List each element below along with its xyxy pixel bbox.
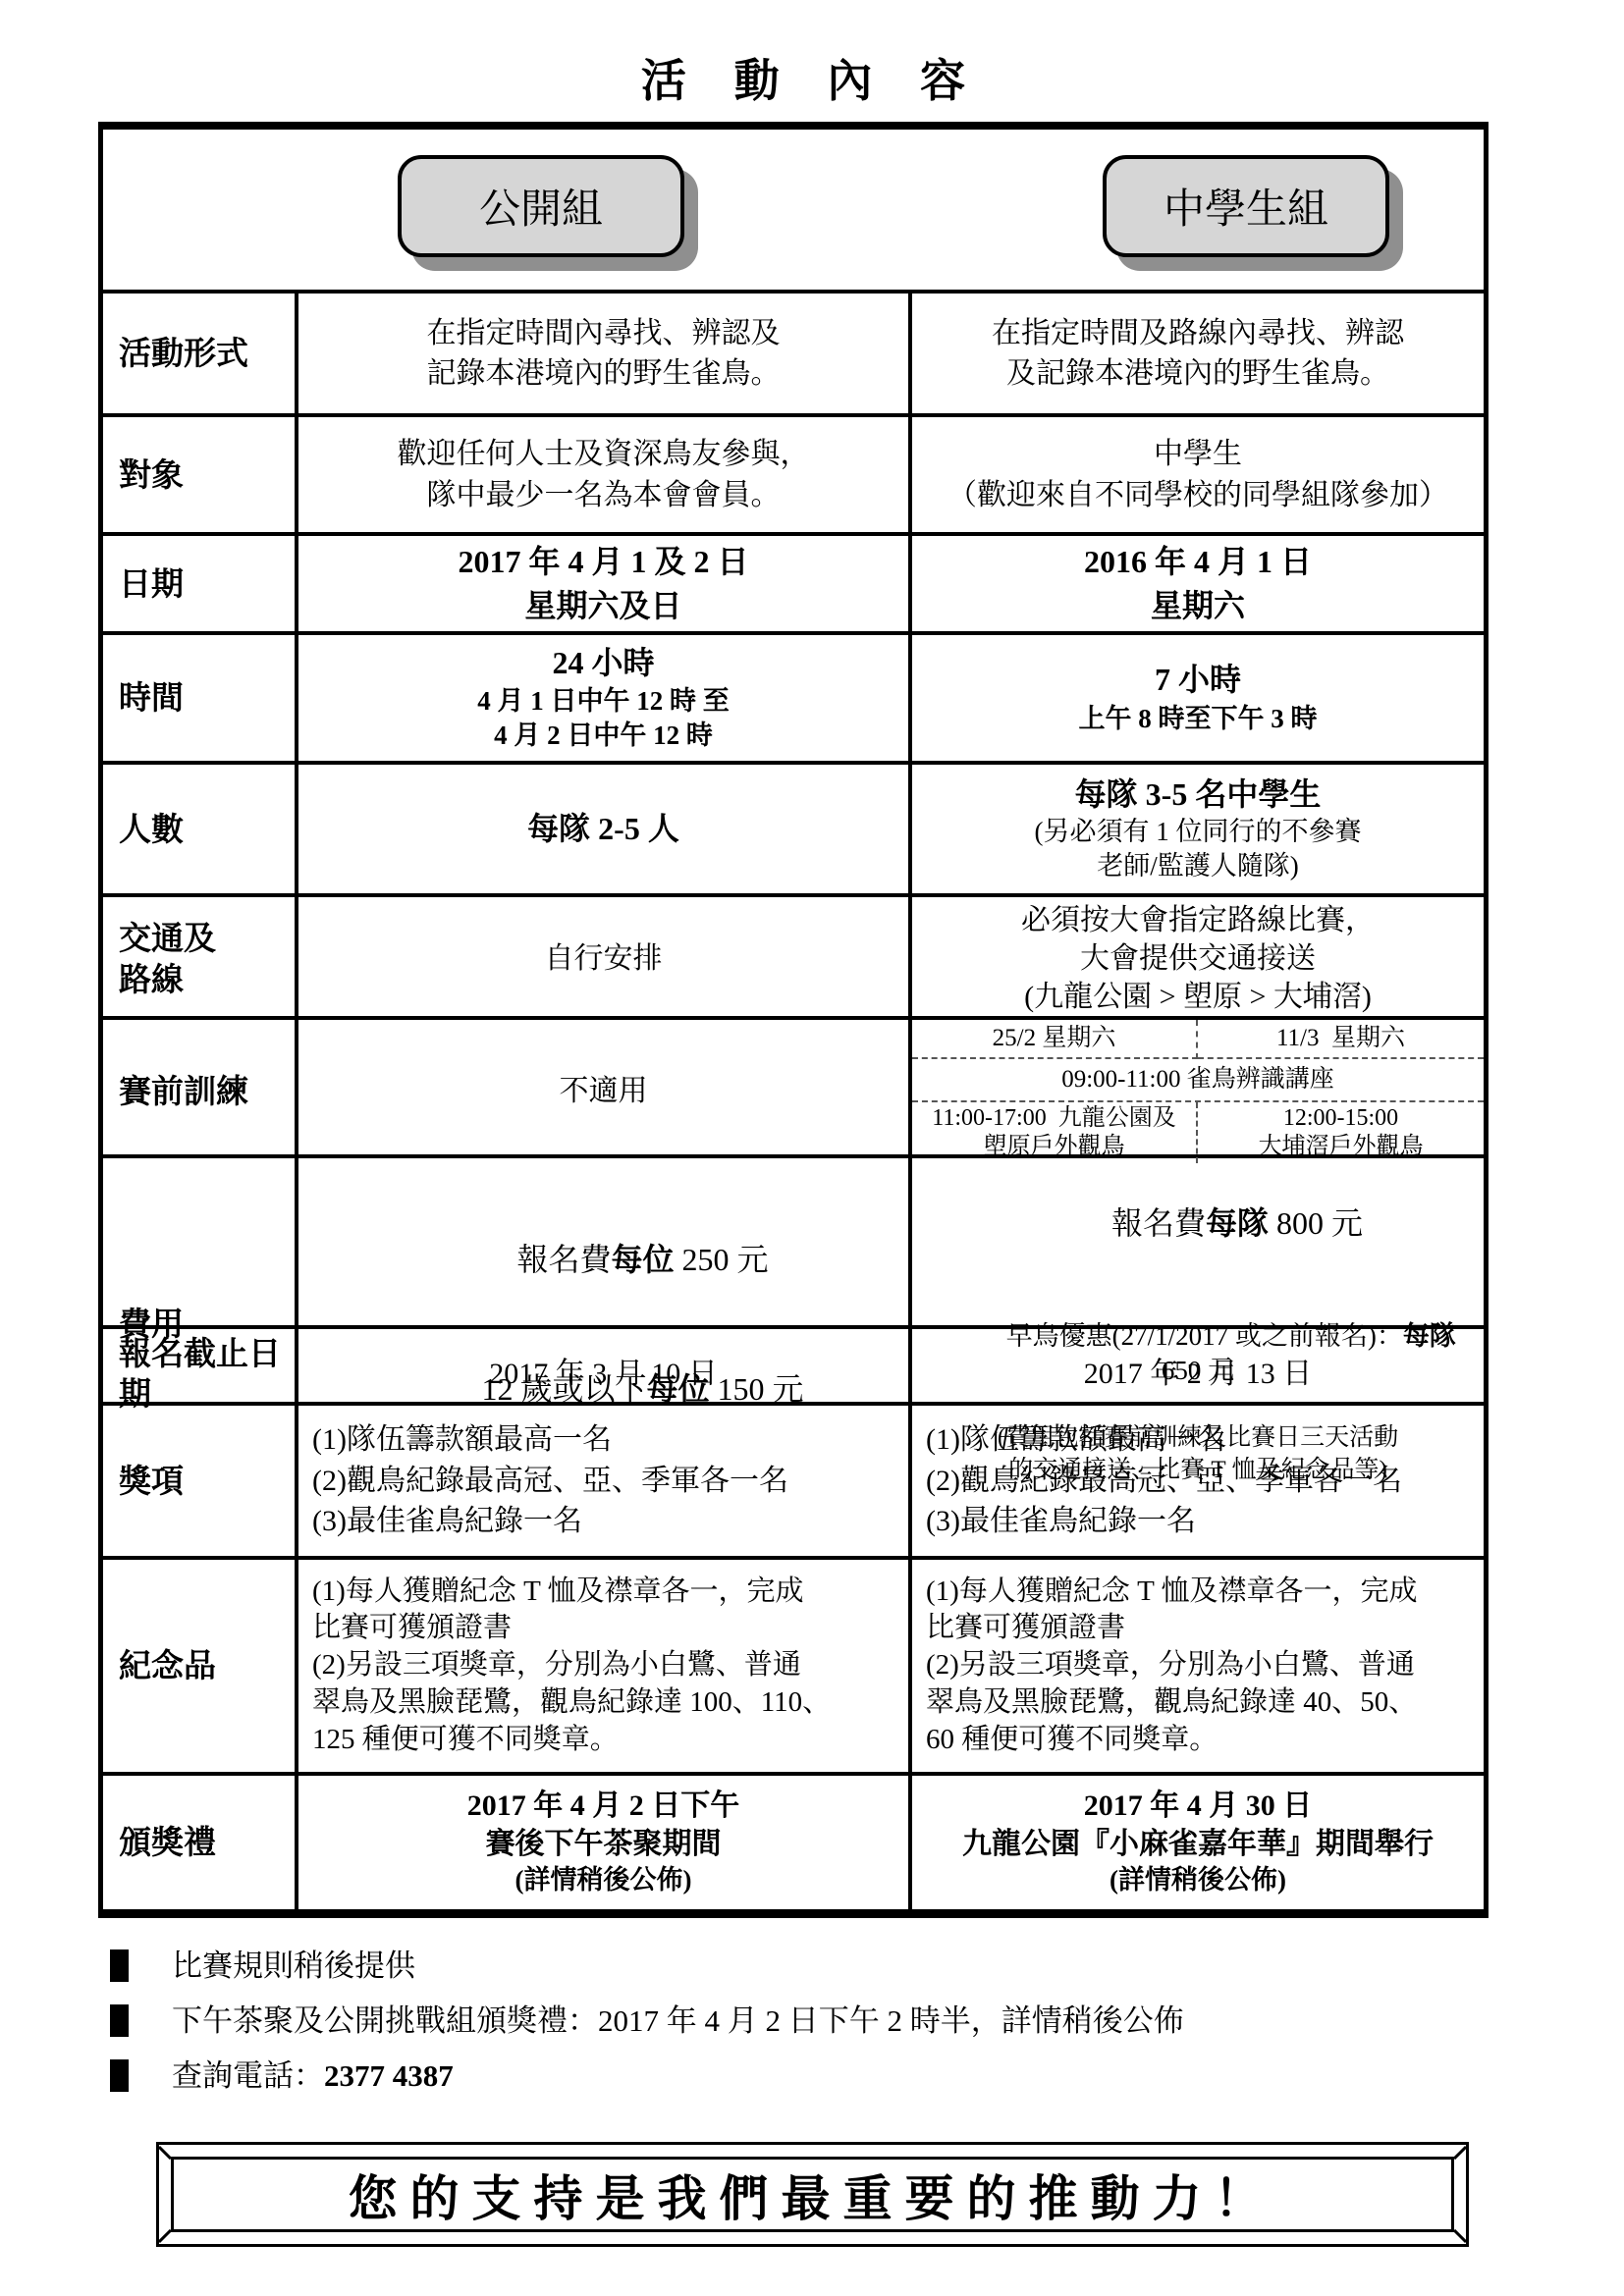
- text-line: 24 小時: [304, 643, 902, 684]
- schedule-date-1: 25/2 星期六: [912, 1020, 1198, 1059]
- text-line: 在指定時間內尋找、辨認及: [304, 313, 902, 353]
- table-row-ceremony: 頒獎禮 2017 年 4 月 2 日下午 賽後下午茶聚期間 (詳情稍後公佈) 2…: [103, 1772, 1484, 1909]
- cell-deadline-student: 2017 年 2 月 13 日: [908, 1329, 1484, 1418]
- table-row-transport: 交通及 路線 自行安排 必須按大會指定路線比賽， 大會提供交通接送 (九龍公園 …: [103, 893, 1484, 1016]
- text-line: 上午 8 時至下午 3 時: [918, 701, 1478, 737]
- text-line: 中學生: [918, 434, 1478, 474]
- list-item: (1)隊伍籌款額最高一名: [926, 1419, 1225, 1460]
- text-segment: 250 元: [675, 1242, 769, 1277]
- cell-time-open: 24 小時 4 月 1 日中午 12 時 至 4 月 2 日中午 12 時: [295, 635, 908, 761]
- student-group-button: 中學生組: [1103, 155, 1389, 257]
- text-line: 2017 年 2 月 13 日: [918, 1354, 1478, 1394]
- cell-awards-student: (1)隊伍籌款額最高一名 (2)觀鳥紀錄最高冠、亞、季軍各一名 (3)最佳雀鳥紀…: [908, 1406, 1484, 1556]
- text-line: 老師/監護人隨隊): [918, 849, 1478, 883]
- text-line: (2)另設三項獎章，分別為小白鷺、普通: [312, 1647, 801, 1684]
- text-line: 每隊 2-5 人: [304, 807, 902, 850]
- cell-ceremony-open: 2017 年 4 月 2 日下午 賽後下午茶聚期間 (詳情稍後公佈): [295, 1776, 908, 1909]
- student-group-label: 中學生組: [1164, 177, 1328, 236]
- text-line: 隊中最少一名為本會會員。: [304, 475, 902, 515]
- note-text: 查詢電話：2377 4387: [172, 2057, 454, 2096]
- text-line: (詳情稍後公佈): [918, 1863, 1478, 1897]
- list-item: (2)觀鳥紀錄最高冠、亞、季軍各一名: [312, 1461, 788, 1501]
- row-label-awards: 獎項: [103, 1406, 295, 1556]
- text-line: 記錄本港境內的野生雀鳥。: [304, 353, 902, 394]
- text-line: 歡迎任何人士及資深鳥友參與，: [304, 434, 902, 474]
- square-bullet-icon: [110, 1949, 129, 1982]
- footer-notes: 比賽規則稍後提供 下午茶聚及公開挑戰組頒獎禮：2017 年 4 月 2 日下午 …: [110, 1948, 1624, 2095]
- text-line: 報名費每位 250 元: [304, 1195, 902, 1324]
- row-label-souvenirs: 紀念品: [103, 1560, 295, 1772]
- cell-training-open: 不適用: [295, 1020, 908, 1163]
- cell-target-student: 中學生 （歡迎來自不同學校的同學組隊參加）: [908, 417, 1484, 532]
- open-group-label: 公開組: [479, 177, 603, 236]
- text-line: 60 種便可獲不同獎章。: [926, 1722, 1218, 1759]
- text-line: 大會提供交通接送: [918, 939, 1478, 978]
- text-line: 2016 年 4 月 1 日: [918, 540, 1478, 583]
- table-row-souvenirs: 紀念品 (1)每人獲贈紀念 T 恤及襟章各一，完成 比賽可獲頒證書 (2)另設三…: [103, 1556, 1484, 1772]
- text-line: (2)另設三項獎章，分別為小白鷺、普通: [926, 1647, 1415, 1684]
- frame-corner-line: [1452, 2229, 1466, 2243]
- text-line: 大埔滘戶外觀鳥: [1202, 1133, 1480, 1161]
- row-label-team-size: 人數: [103, 765, 295, 893]
- frame-corner-line: [1452, 2146, 1466, 2160]
- text-line: 交通及: [119, 918, 216, 958]
- text-segment: 報名費: [516, 1242, 611, 1277]
- table-row-activity-format: 活動形式 在指定時間內尋找、辨認及 記錄本港境內的野生雀鳥。 在指定時間及路線內…: [103, 290, 1484, 413]
- schedule-date-2: 11/3 星期六: [1198, 1020, 1484, 1059]
- text-line: 星期六及日: [304, 584, 902, 627]
- text-line: (九龍公園 > 塱原 > 大埔滘): [918, 978, 1478, 1016]
- row-label-time: 時間: [103, 635, 295, 761]
- table-row-team-size: 人數 每隊 2-5 人 每隊 3-5 名中學生 (另必須有 1 位同行的不參賽 …: [103, 761, 1484, 893]
- text-line: 7 小時: [918, 658, 1478, 701]
- text-line: (1)每人獲贈紀念 T 恤及襟章各一，完成: [312, 1574, 804, 1611]
- training-schedule-subtable: 25/2 星期六 11/3 星期六 09:00-11:00 雀鳥辨識講座 11:…: [912, 1020, 1484, 1163]
- text-line: 12:00-15:00: [1202, 1104, 1480, 1133]
- square-bullet-icon: [110, 2004, 129, 2037]
- text-line: 在指定時間及路線內尋找、辨認: [918, 313, 1478, 353]
- text-line: （歡迎來自不同學校的同學組隊參加）: [918, 475, 1478, 515]
- row-label-activity-format: 活動形式: [103, 294, 295, 413]
- cell-ceremony-student: 2017 年 4 月 30 日 九龍公園『小麻雀嘉年華』期間舉行 (詳情稍後公佈…: [908, 1776, 1484, 1909]
- note-text: 比賽規則稍後提供: [172, 1948, 415, 1986]
- text-line: 報名費每隊 800 元: [918, 1162, 1478, 1285]
- text-segment: 每位: [611, 1242, 674, 1277]
- text-line: 及記錄本港境內的野生雀鳥。: [918, 353, 1478, 394]
- schedule-fieldtrip-1: 11:00-17:00 九龍公園及 塱原戶外觀鳥: [912, 1102, 1198, 1163]
- text-line: 11:00-17:00 九龍公園及: [916, 1104, 1192, 1133]
- cell-souvenirs-open: (1)每人獲贈紀念 T 恤及襟章各一，完成 比賽可獲頒證書 (2)另設三項獎章，…: [295, 1560, 908, 1772]
- cell-time-student: 7 小時 上午 8 時至下午 3 時: [908, 635, 1484, 761]
- text-line: 125 種便可獲不同獎章。: [312, 1722, 619, 1759]
- table-row-awards: 獎項 (1)隊伍籌款額最高一名 (2)觀鳥紀錄最高冠、亞、季軍各一名 (3)最佳…: [103, 1402, 1484, 1556]
- support-banner-text: 您的支持是我們最重要的推動力！: [171, 2157, 1454, 2232]
- text-segment: 每隊: [1206, 1205, 1269, 1241]
- table-row-fee: 費用 報名費每位 250 元 12 歲或以下每位 150 元 報名費每隊 800…: [103, 1154, 1484, 1325]
- cell-date-student: 2016 年 4 月 1 日 星期六: [908, 536, 1484, 631]
- table-row-target: 對象 歡迎任何人士及資深鳥友參與， 隊中最少一名為本會會員。 中學生 （歡迎來自…: [103, 413, 1484, 532]
- note-rules: 比賽規則稍後提供: [110, 1948, 1624, 1986]
- text-line: 路線: [119, 959, 184, 999]
- row-label-transport: 交通及 路線: [103, 897, 295, 1020]
- open-group-button: 公開組: [398, 155, 684, 257]
- schedule-fieldtrip-2: 12:00-15:00 大埔滘戶外觀鳥: [1198, 1102, 1484, 1163]
- table-row-training: 賽前訓練 不適用 25/2 星期六 11/3 星期六 09:00-11:00 雀…: [103, 1016, 1484, 1154]
- activity-table: 公開組 中學生組 活動形式 在指定時間內尋找、辨認及 記錄本港境內的野生雀鳥。 …: [98, 122, 1489, 1918]
- cell-transport-student: 必須按大會指定路線比賽， 大會提供交通接送 (九龍公園 > 塱原 > 大埔滘): [908, 897, 1484, 1020]
- text-line: 比賽可獲頒證書: [312, 1610, 512, 1647]
- text-line: 2017 年 4 月 30 日: [918, 1787, 1478, 1825]
- text-line: 塱原戶外觀鳥: [916, 1133, 1192, 1161]
- frame-corner-line: [157, 2229, 171, 2243]
- text-line: 4 月 1 日中午 12 時 至: [304, 684, 902, 719]
- table-row-deadline: 報名截止日期 2017 年 3 月 10 日 2017 年 2 月 13 日: [103, 1325, 1484, 1402]
- text-line: 不適用: [304, 1071, 902, 1111]
- cell-training-student: 25/2 星期六 11/3 星期六 09:00-11:00 雀鳥辨識講座 11:…: [908, 1020, 1484, 1163]
- text-line: 翠鳥及黑臉琵鷺，觀鳥紀錄達 40、50、: [926, 1684, 1417, 1722]
- list-item: (2)觀鳥紀錄最高冠、亞、季軍各一名: [926, 1461, 1402, 1501]
- note-enquiry-phone: 查詢電話：2377 4387: [110, 2057, 1624, 2096]
- square-bullet-icon: [110, 2059, 129, 2092]
- text-line: 4 月 2 日中午 12 時: [304, 719, 902, 753]
- document-page: 活 動 內 容 公開組 中學生組 活動形式 在指定時間內尋找、辨認及 記錄本港境…: [0, 0, 1624, 2296]
- text-segment: 報名費: [1111, 1205, 1206, 1241]
- text-line: 比賽可獲頒證書: [926, 1610, 1125, 1647]
- text-segment: 800 元: [1269, 1205, 1363, 1241]
- text-segment: 查詢電話：: [172, 2058, 324, 2093]
- cell-transport-open: 自行安排: [295, 897, 908, 1020]
- text-line: 2017 年 3 月 10 日: [304, 1354, 902, 1394]
- text-line: (另必須有 1 位同行的不參賽: [918, 815, 1478, 849]
- table-row-time: 時間 24 小時 4 月 1 日中午 12 時 至 4 月 2 日中午 12 時…: [103, 631, 1484, 761]
- cell-awards-open: (1)隊伍籌款額最高一名 (2)觀鳥紀錄最高冠、亞、季軍各一名 (3)最佳雀鳥紀…: [295, 1406, 908, 1556]
- text-line: 賽後下午茶聚期間: [304, 1825, 902, 1863]
- text-line: 自行安排: [304, 938, 902, 979]
- text-line: 星期六: [918, 584, 1478, 627]
- table-row-date: 日期 2017 年 4 月 1 及 2 日 星期六及日 2016 年 4 月 1…: [103, 532, 1484, 631]
- group-header-row: 公開組 中學生組: [103, 130, 1484, 290]
- cell-deadline-open: 2017 年 3 月 10 日: [295, 1329, 908, 1418]
- cell-activity-format-student: 在指定時間及路線內尋找、辨認 及記錄本港境內的野生雀鳥。: [908, 294, 1484, 413]
- cell-activity-format-open: 在指定時間內尋找、辨認及 記錄本港境內的野生雀鳥。: [295, 294, 908, 413]
- cell-target-open: 歡迎任何人士及資深鳥友參與， 隊中最少一名為本會會員。: [295, 417, 908, 532]
- list-item: (3)最佳雀鳥紀錄一名: [312, 1501, 582, 1541]
- note-text: 下午茶聚及公開挑戰組頒獎禮：2017 年 4 月 2 日下午 2 時半，詳情稍後…: [172, 2002, 1184, 2041]
- text-line: 2017 年 4 月 2 日下午: [304, 1787, 902, 1825]
- text-line: 必須按大會指定路線比賽，: [918, 901, 1478, 939]
- list-item: (3)最佳雀鳥紀錄一名: [926, 1501, 1196, 1541]
- row-label-target: 對象: [103, 417, 295, 532]
- cell-date-open: 2017 年 4 月 1 及 2 日 星期六及日: [295, 536, 908, 631]
- page-title: 活 動 內 容: [117, 0, 1507, 110]
- text-line: (詳情稍後公佈): [304, 1863, 902, 1897]
- list-item: (1)隊伍籌款額最高一名: [312, 1419, 612, 1460]
- phone-number: 2377 4387: [324, 2058, 454, 2093]
- text-line: (1)每人獲贈紀念 T 恤及襟章各一，完成: [926, 1574, 1418, 1611]
- text-line: 2017 年 4 月 1 及 2 日: [304, 540, 902, 583]
- note-tea-gathering: 下午茶聚及公開挑戰組頒獎禮：2017 年 4 月 2 日下午 2 時半，詳情稍後…: [110, 2002, 1624, 2041]
- row-label-ceremony: 頒獎禮: [103, 1776, 295, 1909]
- text-line: 翠鳥及黑臉琵鷺，觀鳥紀錄達 100、110、: [312, 1684, 831, 1722]
- text-line: 九龍公園『小麻雀嘉年華』期間舉行: [918, 1825, 1478, 1863]
- support-banner-frame: 您的支持是我們最重要的推動力！: [156, 2142, 1469, 2247]
- row-label-training: 賽前訓練: [103, 1020, 295, 1163]
- row-label-date: 日期: [103, 536, 295, 631]
- row-label-deadline: 報名截止日期: [103, 1329, 295, 1418]
- schedule-lecture: 09:00-11:00 雀鳥辨識講座: [912, 1059, 1484, 1102]
- cell-souvenirs-student: (1)每人獲贈紀念 T 恤及襟章各一，完成 比賽可獲頒證書 (2)另設三項獎章，…: [908, 1560, 1484, 1772]
- cell-team-size-student: 每隊 3-5 名中學生 (另必須有 1 位同行的不參賽 老師/監護人隨隊): [908, 765, 1484, 893]
- cell-team-size-open: 每隊 2-5 人: [295, 765, 908, 893]
- text-line: 每隊 3-5 名中學生: [918, 774, 1478, 816]
- frame-corner-line: [157, 2146, 171, 2160]
